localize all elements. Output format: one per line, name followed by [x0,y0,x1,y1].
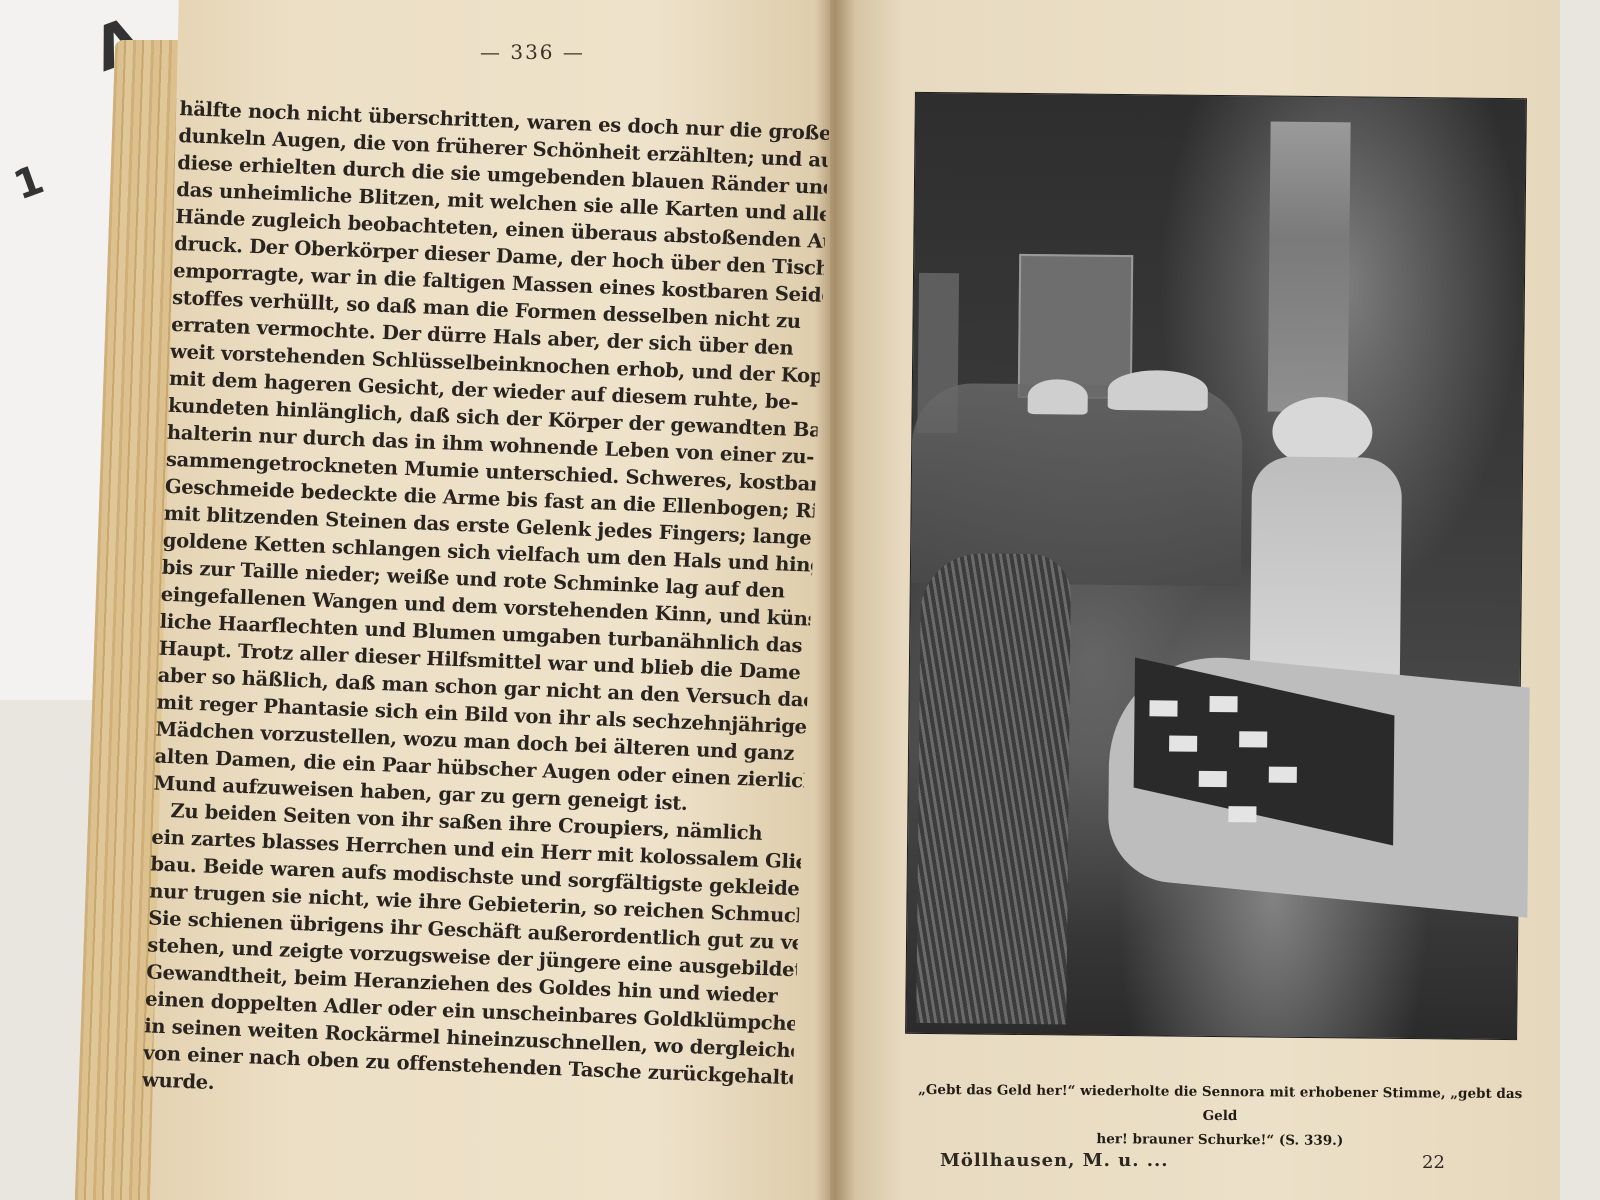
body-text: hälfte noch nicht überschritten, waren e… [142,95,830,1118]
illustration-gambling-scene [905,92,1527,1040]
illustration-man-foreground [916,553,1071,1025]
illustration-caption: „Gebt das Geld her!“ wiederholte die Sen… [905,1078,1535,1154]
signature-mark: Möllhausen, M. u. ... [940,1150,1169,1171]
illustration-card [1169,736,1197,752]
caption-line: „Gebt das Geld her!“ wiederholte die Sen… [905,1078,1535,1130]
illustration-hat [1028,379,1088,415]
illustration-card [1209,696,1237,712]
illustration-curtain [1268,122,1351,413]
illustration-card [1269,767,1297,783]
signature-number: 22 [1422,1152,1445,1173]
illustration-card [1199,771,1227,787]
illustration-hat [1108,370,1208,411]
illustration-door [1018,254,1134,399]
page-number: — 336 — [480,40,585,64]
illustration-card [1228,806,1256,822]
illustration-card [1149,700,1177,716]
illustration-card [1239,731,1267,747]
